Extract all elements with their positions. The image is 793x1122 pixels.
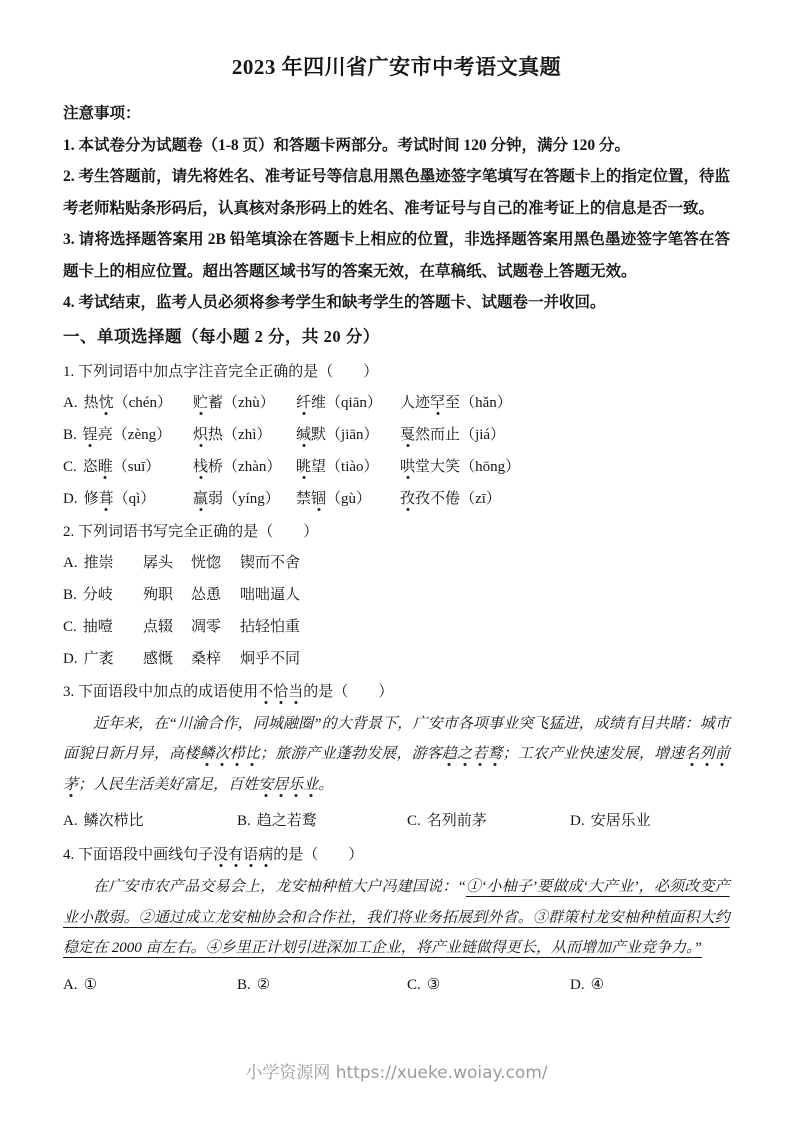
char: 展 [457,910,472,926]
char: 产 [306,746,321,762]
option-cell: B.趋之若鹜 [237,804,407,838]
option-label: A. [63,813,78,829]
char: 咄 [240,587,255,603]
char: 发 [609,746,624,762]
char: 楼 [184,746,199,762]
char: （ [258,524,273,540]
pinyin: （yíng） [223,491,280,507]
char: 广 [108,879,123,895]
option-cell: 禁锢（gù） [296,483,400,515]
question-2: 2. 下列词语书写完全正确的是（ ） A.推崇孱头恍惚锲而不舍B.分岐殉职怂恿咄… [63,517,730,675]
text-segment: ；人民生活美好富足，百姓 [78,777,258,793]
q1-stem: 1. 下列词语中加点字注音完全正确的是（ ） [63,357,730,387]
option-cell: 孜孜不倦（zī） [400,483,730,515]
char: 市 [715,716,730,732]
char: 旅 [275,746,290,762]
char: 忱 [99,395,114,411]
option-text: ④ [591,977,604,993]
char: 人 [400,395,415,411]
char [348,684,363,700]
char: 过 [169,910,184,926]
text-segment: 的是（ ） [273,847,363,863]
text-segment: 趋之若鹜 [442,746,503,762]
char: 合 [306,910,321,926]
char: 我 [366,910,381,926]
char [348,364,363,380]
char: 乎 [255,651,270,667]
char: 倦 [445,491,460,507]
char: 游 [290,746,305,762]
char: （ [333,684,348,700]
char: 作 [321,910,336,926]
char: 弱 [208,491,223,507]
char: 大 [430,459,445,475]
text-segment: ；工农产业快速发展，增速 [503,746,685,762]
char: 协 [260,910,275,926]
char: ③ [533,910,548,926]
char: 游 [412,746,427,762]
char: 猛 [549,716,564,732]
char: 增 [581,940,596,956]
pinyin: （jiá） [460,427,505,443]
char: 头 [158,555,173,571]
char [318,847,333,863]
char: 城 [268,716,283,732]
char: 左 [161,940,176,956]
char: 融 [283,716,298,732]
char: 中 [138,684,153,700]
char: 大 [337,716,352,732]
char: 1 [63,364,71,380]
q2-stem: 2. 下列词语书写完全正确的是（ ） [63,517,730,547]
char: 深 [326,940,341,956]
char: 速 [669,746,684,762]
pinyin: （zhàn） [223,459,281,475]
char: 恿 [206,587,221,603]
char: 职 [158,587,173,603]
char: 成 [568,879,583,895]
notice-item-2: 2. 考生答题前，请先将姓名、准考证号等信息用黑色墨迹签字笔填写在答题卡上的指定… [63,161,730,224]
char: 会 [275,910,290,926]
char [333,847,348,863]
pinyin: （suī） [113,459,161,475]
char: 业 [563,746,578,762]
char: 同 [285,651,300,667]
char: 线 [168,847,183,863]
option-cell: C.③ [407,968,570,1002]
char: ， [138,716,153,732]
char: ② [139,910,154,926]
char: 不 [258,684,273,700]
option-label: D. [63,491,78,507]
char: 川 [177,716,192,732]
char: 种 [639,910,654,926]
char: 下 [78,524,93,540]
char: ， [351,910,366,926]
char: 广 [412,716,427,732]
char: 业 [446,940,461,956]
char: 下 [78,847,93,863]
char: 从 [551,940,566,956]
char: 维 [311,395,326,411]
char: 全 [183,524,198,540]
char: 梓 [206,651,221,667]
q4-passage: 在广安市农产品交易会上，龙安柚种植大户冯建国说：“①‘小柚子’要做成‘大产业’，… [63,872,730,964]
char: 下 [78,684,93,700]
char: 外 [487,910,502,926]
char: 语 [108,684,123,700]
question-4: 4. 下面语段中画线句子没有语病的是（ ） 在广安市农产品交易会上，龙安柚种植大… [63,840,730,1002]
char: 的 [273,847,288,863]
option-label: C. [407,813,421,829]
char: 是 [288,847,303,863]
char: 不 [270,651,285,667]
char: 点 [143,619,158,635]
option-cell: C.名列前茅 [407,804,570,838]
char: 异 [139,746,154,762]
pinyin: （tiào） [326,459,379,475]
char: 立 [199,910,214,926]
option-label: A. [63,555,78,571]
char: 不 [270,555,285,571]
q4-choices: A.①B.②C.③D.④ [63,968,730,1002]
char: 工 [356,940,371,956]
char: 成 [184,910,199,926]
char: ， [579,716,594,732]
char: 稳 [63,940,78,956]
option-cell: 锲而不舍 [240,547,730,579]
char: 炯 [240,651,255,667]
char: 戛 [400,427,415,443]
char: 辍 [158,619,173,635]
char: 增 [654,746,669,762]
char: 好 [168,777,183,793]
char: 是 [303,364,318,380]
option-cell: B.分岐 [63,579,143,611]
text-segment: 4. 下面语段中画线句子 [63,847,213,863]
char: ④ [206,940,221,956]
option-cell: 点辍 [143,611,191,643]
char: 项 [473,716,488,732]
option-label: D. [63,651,78,667]
pinyin: （zī） [460,491,501,507]
pinyin: （hōng） [460,459,520,475]
char: 产 [548,746,563,762]
option-text: 安居乐业 [591,813,651,829]
char: 群 [548,910,563,926]
char: 是 [318,684,333,700]
option-cell: B.② [237,968,407,1002]
char: 突 [518,716,533,732]
option-cell: 孱头 [143,547,191,579]
text-segment: 不恰当 [258,684,303,700]
option-cell: A.热忱（chén） [63,387,193,419]
char: 岐 [98,587,113,603]
char: 4 [63,847,71,863]
char: 作 [222,716,237,732]
char: 得 [491,940,506,956]
char: 语 [108,847,123,863]
option-cell: A.推崇 [63,547,143,579]
pinyin: （zhù） [223,395,275,411]
char: 务 [427,910,442,926]
option-row: C.抽噎点辍凋零拈轻怕重 [63,611,730,643]
char: 面 [669,910,684,926]
char: 列 [700,746,715,762]
char: 面 [93,847,108,863]
char: 至 [445,395,460,411]
char: 市 [443,716,458,732]
char: 有 [624,716,639,732]
char: 在 [93,940,108,956]
option-text: 趋之若鹜 [257,813,317,829]
char: 展 [624,746,639,762]
char: 合 [207,716,222,732]
option-cell: D.修葺（qì） [63,483,193,515]
char: 面 [93,684,108,700]
char: 加 [153,684,168,700]
char: 词 [108,524,123,540]
char: 眺 [296,459,311,475]
option-cell: A.① [63,968,237,1002]
char: 而 [566,940,581,956]
char: 然 [415,427,430,443]
char: 。 [518,910,533,926]
char: 面 [63,746,78,762]
watermark-footer: 小学资源网 https://xueke.woiay.com/ [0,1058,793,1083]
char: 栈 [193,459,208,475]
char: 柚 [245,910,260,926]
char: 客 [427,746,442,762]
option-cell: 殉职 [143,579,191,611]
option-cell: 眺望（tiào） [296,451,400,483]
notice-item-1: 1. 本试卷分为试题卷（1-8 页）和答题卡两部分。考试时间 120 分钟，满分… [63,130,730,162]
char: 乡 [221,940,236,956]
char: 定 [78,940,93,956]
option-row: A.推崇孱头恍惚锲而不舍 [63,547,730,579]
char: 0 [134,940,142,956]
char: 下 [382,716,397,732]
option-cell: 怂恿 [191,579,240,611]
char: ） [348,847,363,863]
char: 成 [594,716,609,732]
pinyin: （gù） [326,491,371,507]
text-segment: 没有语病 [213,847,273,863]
char: ） [303,524,318,540]
text-segment: 2. 下列词语书写完全正确的是（ ） [63,524,318,540]
char: 冯 [382,879,397,895]
char: 力 [671,940,686,956]
char: 在 [93,879,108,895]
char: 月 [124,746,139,762]
char: 分 [83,587,98,603]
char: 逼 [270,587,285,603]
char: 竞 [641,940,656,956]
char: 大 [588,879,603,895]
char: 省 [503,910,518,926]
char: 鳞 [199,746,214,762]
char: 百 [228,777,243,793]
option-label: D. [570,813,585,829]
option-cell: 拈轻怕重 [240,611,730,643]
char: 锃 [83,427,98,443]
char: 加 [153,364,168,380]
char: 全 [243,364,258,380]
char: 葺 [99,491,114,507]
option-cell: D.安居乐业 [570,804,730,838]
question-3: 3. 下面语段中加点的成语使用不恰当的是（ ） 近年来，在“川渝合作，同城融圈”… [63,677,730,839]
char: 和 [290,910,305,926]
char: 散 [93,910,108,926]
char: 正 [198,524,213,540]
q4-stem: 4. 下面语段中画线句子没有语病的是（ ） [63,840,730,870]
char: 有 [228,847,243,863]
char: 感 [143,651,158,667]
char: 国 [412,879,427,895]
char: 恰 [273,684,288,700]
char: 凋 [191,619,206,635]
char: ， [238,716,253,732]
char: 大 [351,879,366,895]
char: 亩 [146,940,161,956]
option-text: ① [84,977,97,993]
option-cell: 炽热（zhì） [193,419,296,451]
char: 鹜 [487,746,502,762]
char: 近 [93,716,108,732]
option-cell: B.锃亮（zèng） [63,419,193,451]
char: 民 [108,777,123,793]
char: 安 [609,910,624,926]
char: ， [536,940,551,956]
char: 引 [296,940,311,956]
char: 中 [138,847,153,863]
page-content: 2023 年四川省广安市中考语文真题 注意事项： 1. 本试卷分为试题卷（1-8… [0,0,793,1002]
char: 展 [381,746,396,762]
char: 龙 [593,910,608,926]
option-cell: A.鳞次栉比 [63,804,237,838]
char: 加 [596,940,611,956]
char: 点 [168,684,183,700]
char: 次 [215,746,230,762]
char: 笑 [445,459,460,475]
char: 怕 [270,619,285,635]
option-label: A. [63,395,78,411]
char: 农 [533,746,548,762]
char: 锲 [240,555,255,571]
char: 做 [476,940,491,956]
char: “ [169,716,177,732]
char: 止 [445,427,460,443]
char: 策 [563,910,578,926]
char: 计 [266,940,281,956]
char: 桑 [191,651,206,667]
char: 而 [255,555,270,571]
char: 羸 [193,491,208,507]
notice-item-4: 4. 考试结束，监考人员必须将参考学生和缺考学生的答题卡、试题卷一并收回。 [63,287,730,319]
char: 舍 [285,555,300,571]
char: ” [694,940,702,956]
char: ， [260,879,275,895]
option-label: B. [237,977,251,993]
char: 段 [123,847,138,863]
char: 植 [336,879,351,895]
char: ， [154,746,169,762]
char: 成 [198,684,213,700]
char: 弱 [108,910,123,926]
char: 加 [341,940,356,956]
char: 业 [412,910,427,926]
notices-heading: 注意事项： [63,98,730,130]
option-text: 鳞次栉比 [84,813,144,829]
char: 发 [366,746,381,762]
option-cell: 羸弱（yíng） [193,483,296,515]
char: ， [213,777,228,793]
char [333,364,348,380]
char: 日 [93,746,108,762]
q1-options: A.热忱（chén）贮蓄（zhù）纤维（qiān）人迹罕至（hǎn）B.锃亮（z… [63,387,730,515]
char: 音 [213,364,228,380]
option-row: A.热忱（chén）贮蓄（zhù）纤维（qiān）人迹罕至（hǎn） [63,387,730,419]
option-cell: 凋零 [191,611,240,643]
option-label: C. [63,619,77,635]
char: 名 [684,746,699,762]
char: 没 [213,847,228,863]
char: 病 [258,847,273,863]
char: （ [318,364,333,380]
char: 哄 [400,459,415,475]
text-segment: 3. 下面语段中加点的成语使用 [63,684,258,700]
underlined-segment: ④乡里正计划引进深加工企业，将产业链做得更长，从而增加产业竞争力。” [206,940,702,956]
section-heading: 一、单项选择题（每小题 2 分，共 20 分） [63,319,730,355]
text-segment: 。 [318,777,333,793]
char: 咄 [255,587,270,603]
char: 进 [311,940,326,956]
char: 段 [123,684,138,700]
char: 列 [93,524,108,540]
char: 。 [318,777,333,793]
pinyin: （qì） [114,491,156,507]
char: 确 [213,524,228,540]
char: ① [466,879,481,895]
char: ） [363,364,378,380]
char: 书 [138,524,153,540]
char: 约 [715,910,730,926]
char: 改 [684,879,699,895]
char: 业 [321,746,336,762]
char: 圈 [298,716,313,732]
option-cell: 哄堂大笑（hōng） [400,451,730,483]
char: 下 [78,364,93,380]
option-cell: D.④ [570,968,730,1002]
char: 慨 [158,651,173,667]
char: ， [401,940,416,956]
exam-page: 2023 年四川省广安市中考语文真题 注意事项： 1. 本试卷分为试题卷（1-8… [0,0,793,1122]
option-text: ③ [427,977,440,993]
char: 堂 [415,459,430,475]
char: 事 [488,716,503,732]
char: 通 [154,910,169,926]
option-cell: 恍惚 [191,547,240,579]
char: 推 [84,555,99,571]
pinyin: （zhì） [223,427,271,443]
char: 貌 [78,746,93,762]
option-label: B. [63,587,77,603]
char: 安 [230,910,245,926]
page-title: 2023 年四川省广安市中考语文真题 [63,50,730,84]
char: 各 [458,716,473,732]
char: 3 [63,684,71,700]
char: 禁 [296,491,311,507]
